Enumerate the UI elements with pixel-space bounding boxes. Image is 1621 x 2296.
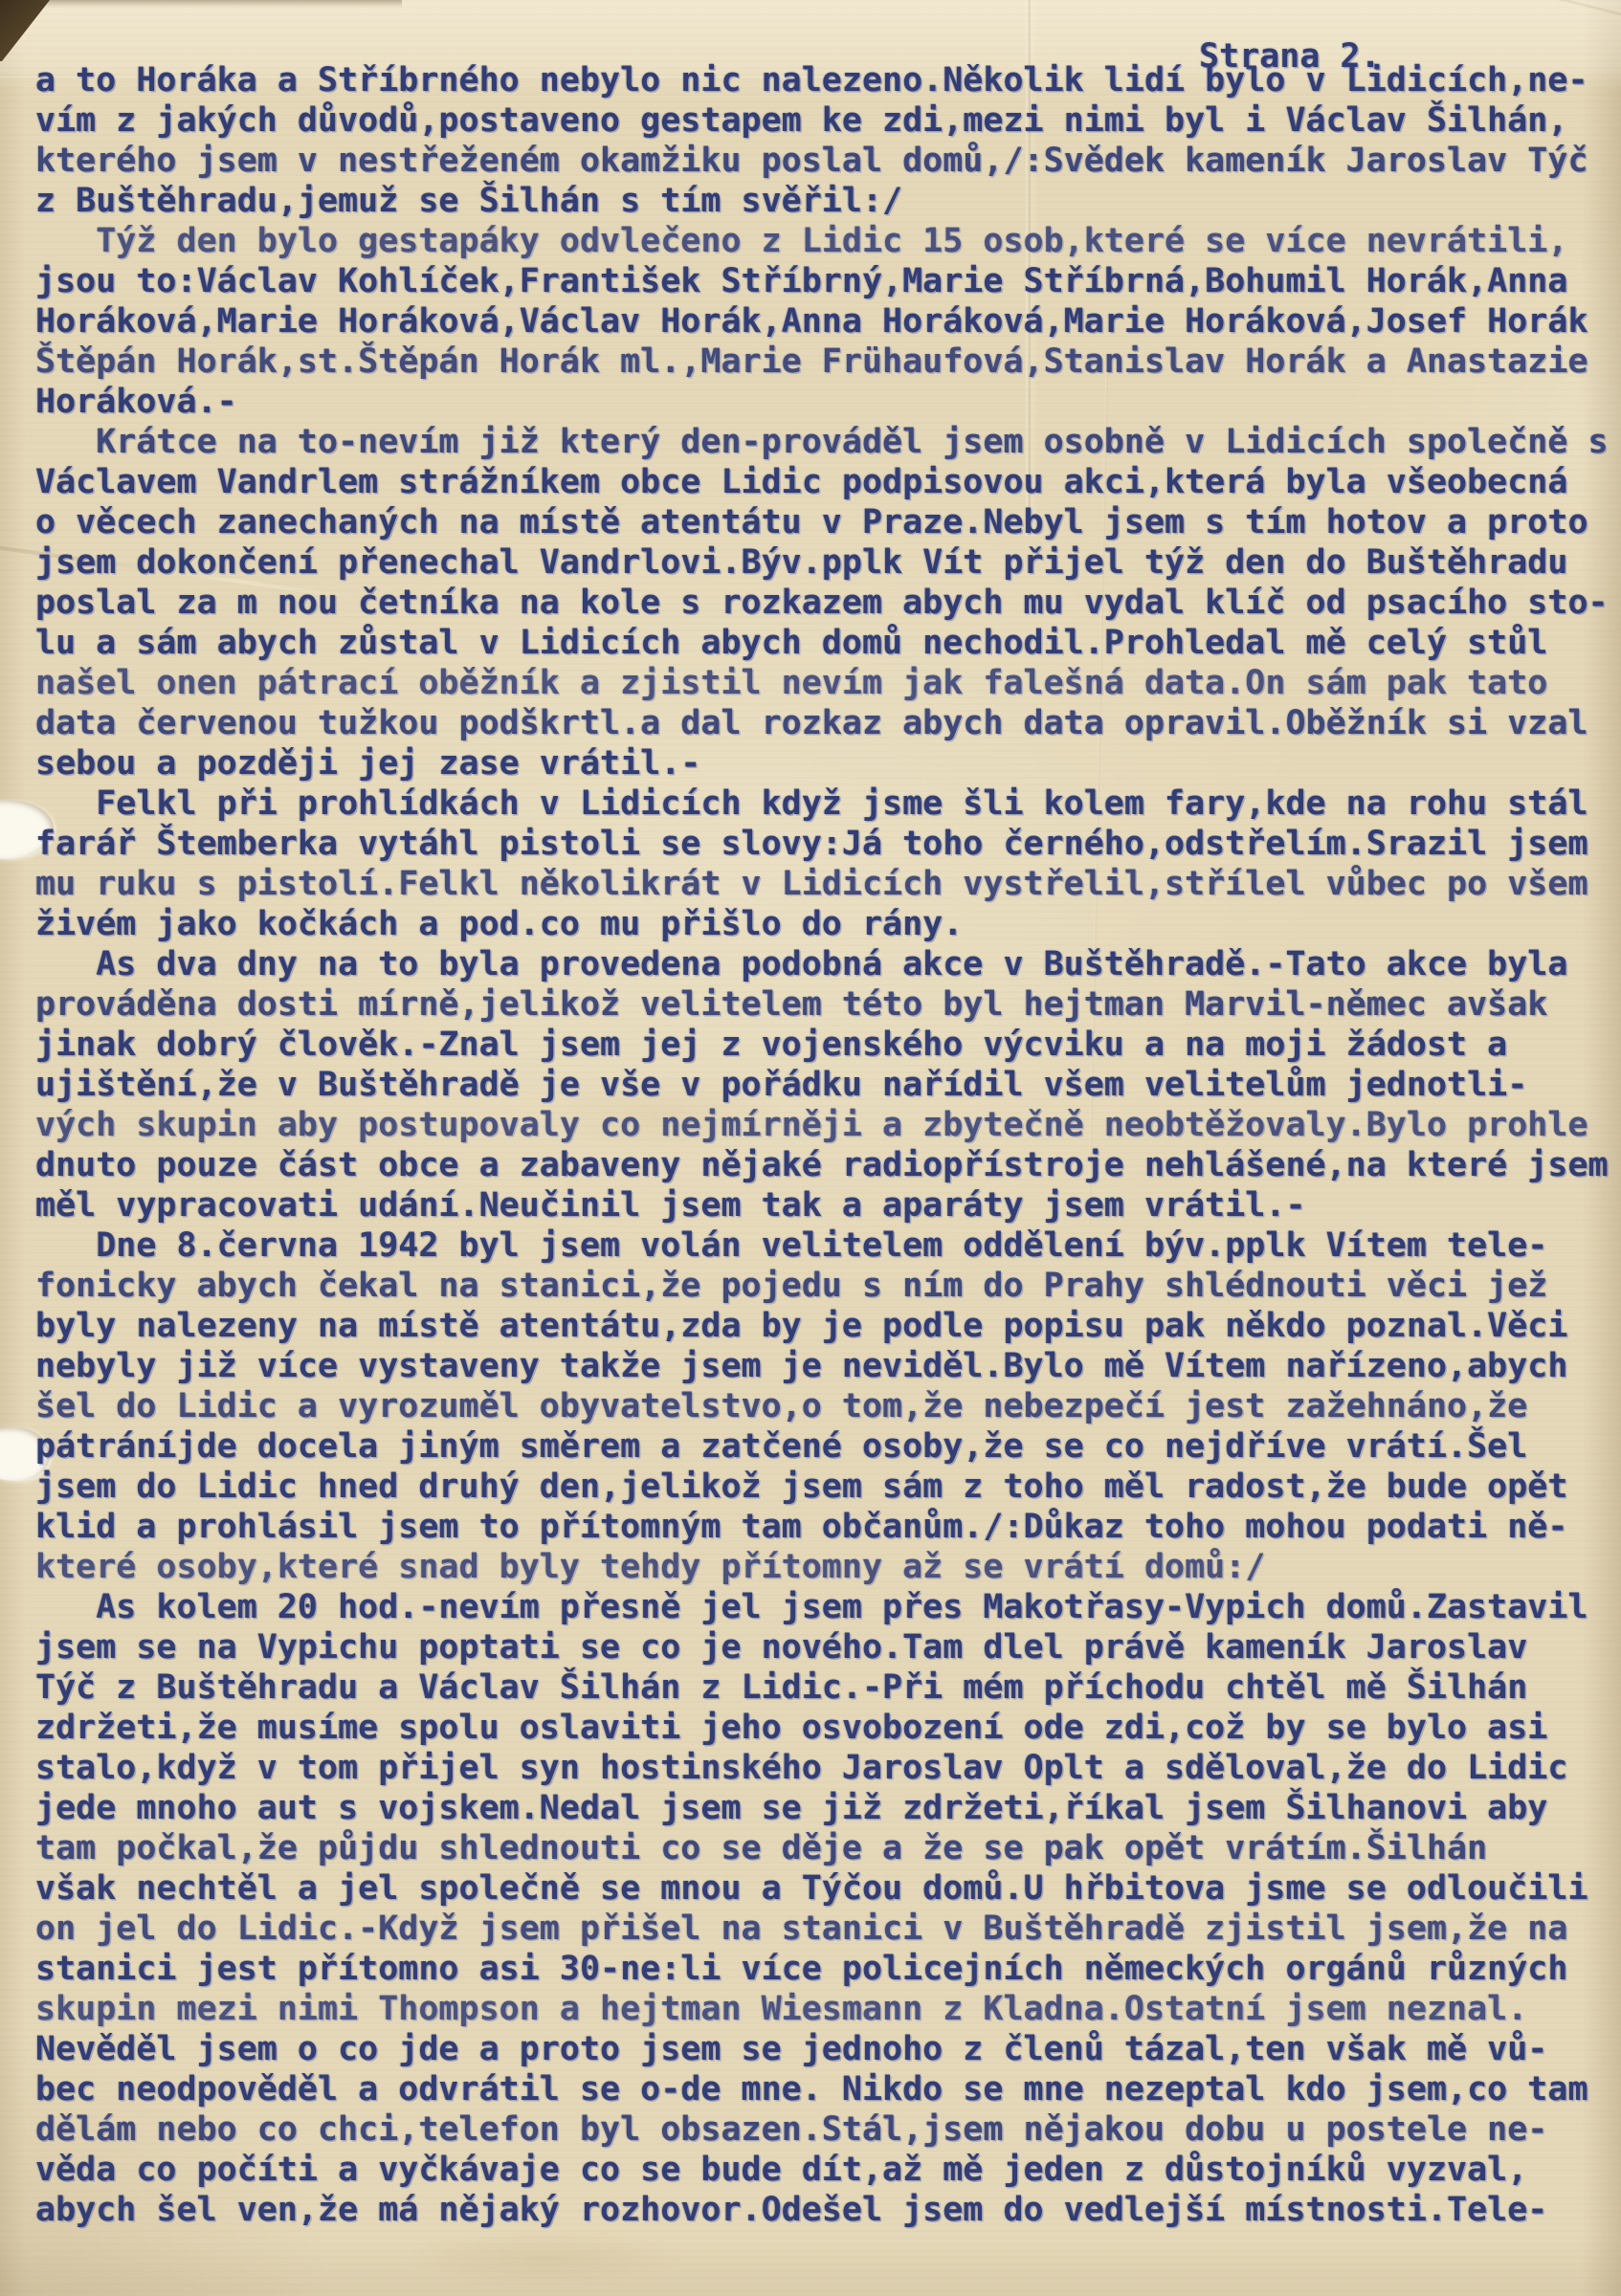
text-line: poslal za m nou četníka na kole s rozkaz… [35, 583, 1621, 623]
text-line: jsou to:Václav Kohlíček,František Stříbr… [35, 261, 1621, 301]
text-line: jsem do Lidic hned druhý den,jelikož jse… [35, 1467, 1621, 1507]
text-line: byly nalezeny na místě atentátu,zda by j… [35, 1306, 1621, 1346]
text-line: vých skupin aby postupovaly co nejmírněj… [35, 1105, 1621, 1145]
paper-crease-top-right [1382, 0, 1621, 31]
text-line: nebyly již více vystaveny takže jsem je … [35, 1346, 1621, 1386]
paper-stain [402, 2229, 689, 2286]
document-page: Strana 2. a to Horáka a Stříbrného nebyl… [0, 0, 1621, 2296]
text-line: Dne 8.června 1942 byl jsem volán velitel… [35, 1225, 1621, 1266]
text-line: stalo,když v tom přijel syn hostinského … [35, 1748, 1621, 1788]
text-line: Týž den bylo gestapáky odvlečeno z Lidic… [35, 221, 1621, 261]
text-line: sebou a později jej zase vrátil.- [35, 743, 1621, 784]
text-line: Nevěděl jsem o co jde a proto jsem se je… [35, 2029, 1621, 2069]
text-line: našel onen pátrací oběžník a zjistil nev… [35, 663, 1621, 703]
text-line: Horáková,Marie Horáková,Václav Horák,Ann… [35, 301, 1621, 342]
text-line: bec neodpověděl a odvrátil se o-de mne. … [35, 2069, 1621, 2109]
text-line: měl vypracovati udání.Neučinil jsem tak … [35, 1185, 1621, 1225]
text-line: on jel do Lidic.-Když jsem přišel na sta… [35, 1909, 1621, 1949]
text-line: Horáková.- [35, 382, 1621, 422]
scan-corner-shadow [0, 0, 50, 61]
text-line: klid a prohlásil jsem to přítomným tam o… [35, 1507, 1621, 1547]
text-line: data červenou tužkou podškrtl.a dal rozk… [35, 703, 1621, 743]
text-line: dělám nebo co chci,telefon byl obsazen.S… [35, 2109, 1621, 2150]
text-line: z Buštěhradu,jemuž se Šilhán s tím svěři… [35, 181, 1621, 221]
text-line: tam počkal,že půjdu shlednouti co se děj… [35, 1828, 1621, 1868]
text-line: jinak dobrý člověk.-Znal jsem jej z voje… [35, 1025, 1621, 1065]
text-line: As dva dny na to byla provedena podobná … [35, 944, 1621, 984]
text-line: skupin mezi nimi Thompson a hejtman Wies… [35, 1989, 1621, 2029]
text-line: lu a sám abych zůstal v Lidicích abych d… [35, 623, 1621, 663]
text-line: jsem se na Vypichu poptati se co je nové… [35, 1627, 1621, 1667]
text-line: pátráníjde docela jiným směrem a zatčené… [35, 1426, 1621, 1467]
text-line: prováděna dosti mírně,jelikož velitelem … [35, 984, 1621, 1025]
text-line: živém jako kočkách a pod.co mu přišlo do… [35, 904, 1621, 944]
text-line: Týč z Buštěhradu a Václav Šilhán z Lidic… [35, 1667, 1621, 1708]
text-line: mu ruku s pistolí.Felkl několikrát v Lid… [35, 864, 1621, 904]
text-line: Štěpán Horák,st.Štěpán Horák ml.,Marie F… [35, 342, 1621, 382]
text-line: abych šel ven,že má nějaký rozhovor.Odeš… [35, 2190, 1621, 2230]
text-line: šel do Lidic a vyrozuměl obyvatelstvo,o … [35, 1386, 1621, 1426]
page-top-edge [0, 0, 402, 8]
text-line: jede mnoho aut s vojskem.Nedal jsem se j… [35, 1788, 1621, 1828]
text-line: ujištění,že v Buštěhradě je vše v pořádk… [35, 1065, 1621, 1105]
text-line: Felkl při prohlídkách v Lidicích když js… [35, 784, 1621, 824]
text-line: zdržeti,že musíme spolu oslaviti jeho os… [35, 1708, 1621, 1748]
text-line: a to Horáka a Stříbrného nebylo nic nale… [35, 60, 1621, 100]
text-line: kterého jsem v nestřeženém okamžiku posl… [35, 141, 1621, 181]
text-line: o věcech zanechaných na místě atentátu v… [35, 502, 1621, 542]
text-line: věda co počíti a vyčkávaje co se bude dí… [35, 2150, 1621, 2190]
text-line: jsem dokončení přenechal Vandrlovi.Býv.p… [35, 542, 1621, 583]
text-line: As kolem 20 hod.-nevím přesně jel jsem p… [35, 1587, 1621, 1627]
text-line: však nechtěl a jel společně se mnou a Tý… [35, 1868, 1621, 1909]
text-line: Václavem Vandrlem strážníkem obce Lidic … [35, 462, 1621, 502]
text-line: farář Štemberka vytáhl pistoli se slovy:… [35, 824, 1621, 864]
text-line: které osoby,které snad byly tehdy přítom… [35, 1547, 1621, 1587]
text-line: dnuto pouze část obce a zabaveny nějaké … [35, 1145, 1621, 1185]
text-line: Krátce na to-nevím již který den-provádě… [35, 422, 1621, 462]
text-line: stanici jest přítomno asi 30-ne:li více … [35, 1949, 1621, 1989]
text-line: fonicky abych čekal na stanici,že pojedu… [35, 1266, 1621, 1306]
typewritten-text: a to Horáka a Stříbrného nebylo nic nale… [35, 60, 1621, 2230]
text-line: vím z jakých důvodů,postaveno gestapem k… [35, 100, 1621, 141]
